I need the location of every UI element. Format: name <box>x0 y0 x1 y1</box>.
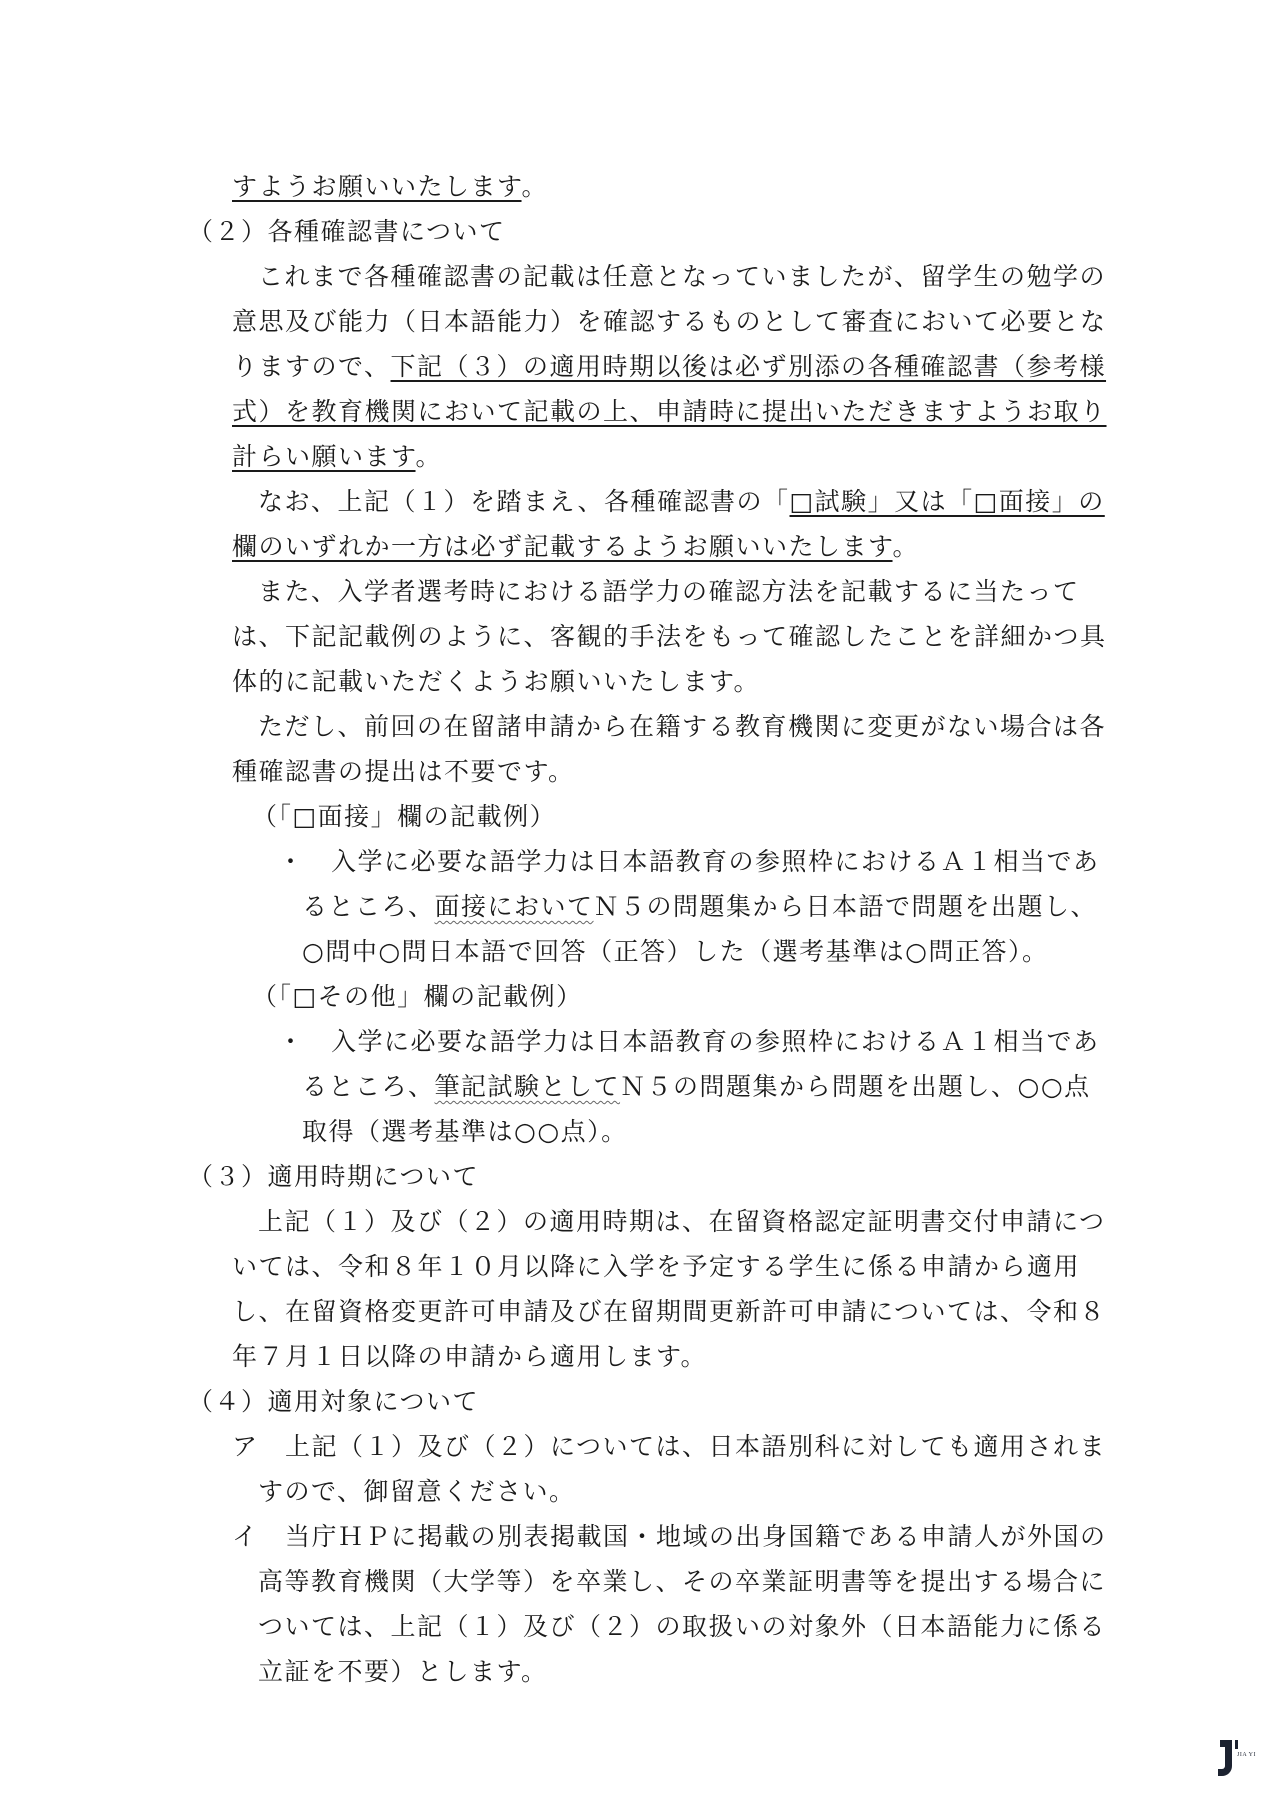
text-segment: ・ 入学に必要な語学力は日本語教育の参照枠におけるＡ１相当であ <box>278 847 1100 876</box>
text-line: し、在留資格変更許可申請及び在留期間更新許可申請については、令和８ <box>232 1297 1106 1327</box>
text-segment: 意思及び能力（日本語能力）を確認するものとして審査において必要とな <box>232 307 1107 336</box>
text-line: 高等教育機関（大学等）を卒業し、その卒業証明書等を提出する場合に <box>258 1567 1106 1597</box>
text-segment: Ｎ５の問題集から日本語で問題を出題し、 <box>594 892 1098 921</box>
text-line: 上記（１）及び（２）の適用時期は、在留資格認定証明書交付申請につ <box>258 1207 1106 1237</box>
text-line: すようお願いいたします。 <box>232 172 548 202</box>
text-line: 意思及び能力（日本語能力）を確認するものとして審査において必要とな <box>232 307 1107 337</box>
text-line: （４）適用対象について <box>188 1387 479 1417</box>
text-segment: いては、令和８年１０月以降に入学を予定する学生に係る申請から適用 <box>232 1252 1080 1281</box>
text-segment: これまで各種確認書の記載は任意となっていましたが、留学生の勉学の <box>258 262 1106 291</box>
text-line: （「□その他」欄の記載例） <box>252 982 583 1012</box>
text-segment: イ 当庁ＨＰに掲載の別表掲載国・地域の出身国籍である申請人が外国の <box>232 1522 1107 1551</box>
text-segment: 。 <box>893 532 920 561</box>
text-segment: Ｎ５の問題集から問題を出題し、○○点 <box>620 1072 1091 1101</box>
text-segment: ア 上記（１）及び（２）については、日本語別科に対しても適用されま <box>232 1432 1106 1461</box>
text-line: （３）適用時期について <box>188 1162 479 1192</box>
text-line: （「□面接」欄の記載例） <box>252 802 556 832</box>
text-segment: し、在留資格変更許可申請及び在留期間更新許可申請については、令和８ <box>232 1297 1106 1326</box>
text-segment: ○問中○問日本語で回答（正答）した（選考基準は○問正答）。 <box>302 937 1048 966</box>
text-line: ○問中○問日本語で回答（正答）した（選考基準は○問正答）。 <box>302 937 1048 967</box>
logo-j-stroke <box>1218 1740 1232 1776</box>
text-line: すので、御留意ください。 <box>258 1477 576 1507</box>
text-line: 取得（選考基準は○○点）。 <box>302 1117 628 1147</box>
underlined-text: 式）を教育機関において記載の上、申請時に提出いただきますようお取り <box>232 397 1107 426</box>
text-line: るところ、面接においてＮ５の問題集から日本語で問題を出題し、 <box>302 892 1097 922</box>
text-line: ただし、前回の在留諸申請から在籍する教育機関に変更がない場合は各 <box>258 712 1106 742</box>
text-segment: また、入学者選考時における語学力の確認方法を記載するに当たって <box>258 577 1080 606</box>
wavy-underlined-text: 面接において <box>435 892 594 921</box>
text-line: いては、令和８年１０月以降に入学を予定する学生に係る申請から適用 <box>232 1252 1080 1282</box>
underlined-text: すようお願いいたします <box>232 172 522 201</box>
wavy-underlined-text: 筆記試験として <box>435 1072 621 1101</box>
text-segment: ただし、前回の在留諸申請から在籍する教育機関に変更がない場合は各 <box>258 712 1106 741</box>
underlined-text: 下記（３）の適用時期以後は必ず別添の各種確認書（参考様 <box>391 352 1107 381</box>
text-segment: （「□面接」欄の記載例） <box>252 802 556 831</box>
text-segment: 上記（１）及び（２）の適用時期は、在留資格認定証明書交付申請につ <box>258 1207 1106 1236</box>
text-line: 欄のいずれか一方は必ず記載するようお願いいたします。 <box>232 532 919 562</box>
text-line: 式）を教育機関において記載の上、申請時に提出いただきますようお取り <box>232 397 1107 427</box>
text-segment: （４）適用対象について <box>188 1387 479 1416</box>
text-segment: 取得（選考基準は○○点）。 <box>302 1117 628 1146</box>
text-segment: るところ、 <box>302 892 435 921</box>
document-page: すようお願いいたします。（２）各種確認書についてこれまで各種確認書の記載は任意と… <box>0 0 1280 1810</box>
logo-dot <box>1235 1740 1238 1749</box>
text-line: ア 上記（１）及び（２）については、日本語別科に対しても適用されま <box>232 1432 1106 1462</box>
text-segment: すので、御留意ください。 <box>258 1477 576 1506</box>
text-segment: 年７月１日以降の申請から適用します。 <box>232 1342 707 1371</box>
text-line: イ 当庁ＨＰに掲載の別表掲載国・地域の出身国籍である申請人が外国の <box>232 1522 1107 1552</box>
text-line: 計らい願います。 <box>232 442 442 472</box>
text-segment: ついては、上記（１）及び（２）の取扱いの対象外（日本語能力に係る <box>258 1612 1106 1641</box>
text-line: 年７月１日以降の申請から適用します。 <box>232 1342 707 1372</box>
underlined-text: □試験」又は「□面接」の <box>790 487 1105 516</box>
text-line: 立証を不要）とします。 <box>258 1657 548 1687</box>
text-segment: （３）適用時期について <box>188 1162 479 1191</box>
text-segment: は、下記記載例のように、客観的手法をもって確認したことを詳細かつ具 <box>232 622 1107 651</box>
text-segment: ・ 入学に必要な語学力は日本語教育の参照枠におけるＡ１相当であ <box>278 1027 1100 1056</box>
underlined-text: 計らい願います <box>232 442 416 471</box>
text-line: は、下記記載例のように、客観的手法をもって確認したことを詳細かつ具 <box>232 622 1107 652</box>
text-line: なお、上記（１）を踏まえ、各種確認書の「□試験」又は「□面接」の <box>258 487 1105 517</box>
jiayi-logo-icon: JIA YI <box>1218 1740 1278 1790</box>
text-segment: 。 <box>522 172 549 201</box>
text-segment: 種確認書の提出は不要です。 <box>232 757 575 786</box>
text-segment: 立証を不要）とします。 <box>258 1657 548 1686</box>
text-segment: なお、上記（１）を踏まえ、各種確認書の「 <box>258 487 790 516</box>
text-line: 種確認書の提出は不要です。 <box>232 757 575 787</box>
text-line: ・ 入学に必要な語学力は日本語教育の参照枠におけるＡ１相当であ <box>278 1027 1100 1057</box>
text-line: （２）各種確認書について <box>188 217 506 247</box>
text-line: ついては、上記（１）及び（２）の取扱いの対象外（日本語能力に係る <box>258 1612 1106 1642</box>
underlined-text: 欄のいずれか一方は必ず記載するようお願いいたします <box>232 532 893 561</box>
text-segment: 体的に記載いただくようお願いいたします。 <box>232 667 760 696</box>
text-line: るところ、筆記試験としてＮ５の問題集から問題を出題し、○○点 <box>302 1072 1091 1102</box>
logo-text: JIA YI <box>1237 1752 1256 1758</box>
text-segment: 。 <box>416 442 443 471</box>
text-line: また、入学者選考時における語学力の確認方法を記載するに当たって <box>258 577 1080 607</box>
text-segment: るところ、 <box>302 1072 435 1101</box>
text-line: りますので、下記（３）の適用時期以後は必ず別添の各種確認書（参考様 <box>232 352 1106 382</box>
text-segment: 高等教育機関（大学等）を卒業し、その卒業証明書等を提出する場合に <box>258 1567 1106 1596</box>
text-line: これまで各種確認書の記載は任意となっていましたが、留学生の勉学の <box>258 262 1106 292</box>
text-segment: （「□その他」欄の記載例） <box>252 982 583 1011</box>
text-line: 体的に記載いただくようお願いいたします。 <box>232 667 760 697</box>
text-segment: りますので、 <box>232 352 391 381</box>
text-line: ・ 入学に必要な語学力は日本語教育の参照枠におけるＡ１相当であ <box>278 847 1100 877</box>
text-segment: （２）各種確認書について <box>188 217 506 246</box>
